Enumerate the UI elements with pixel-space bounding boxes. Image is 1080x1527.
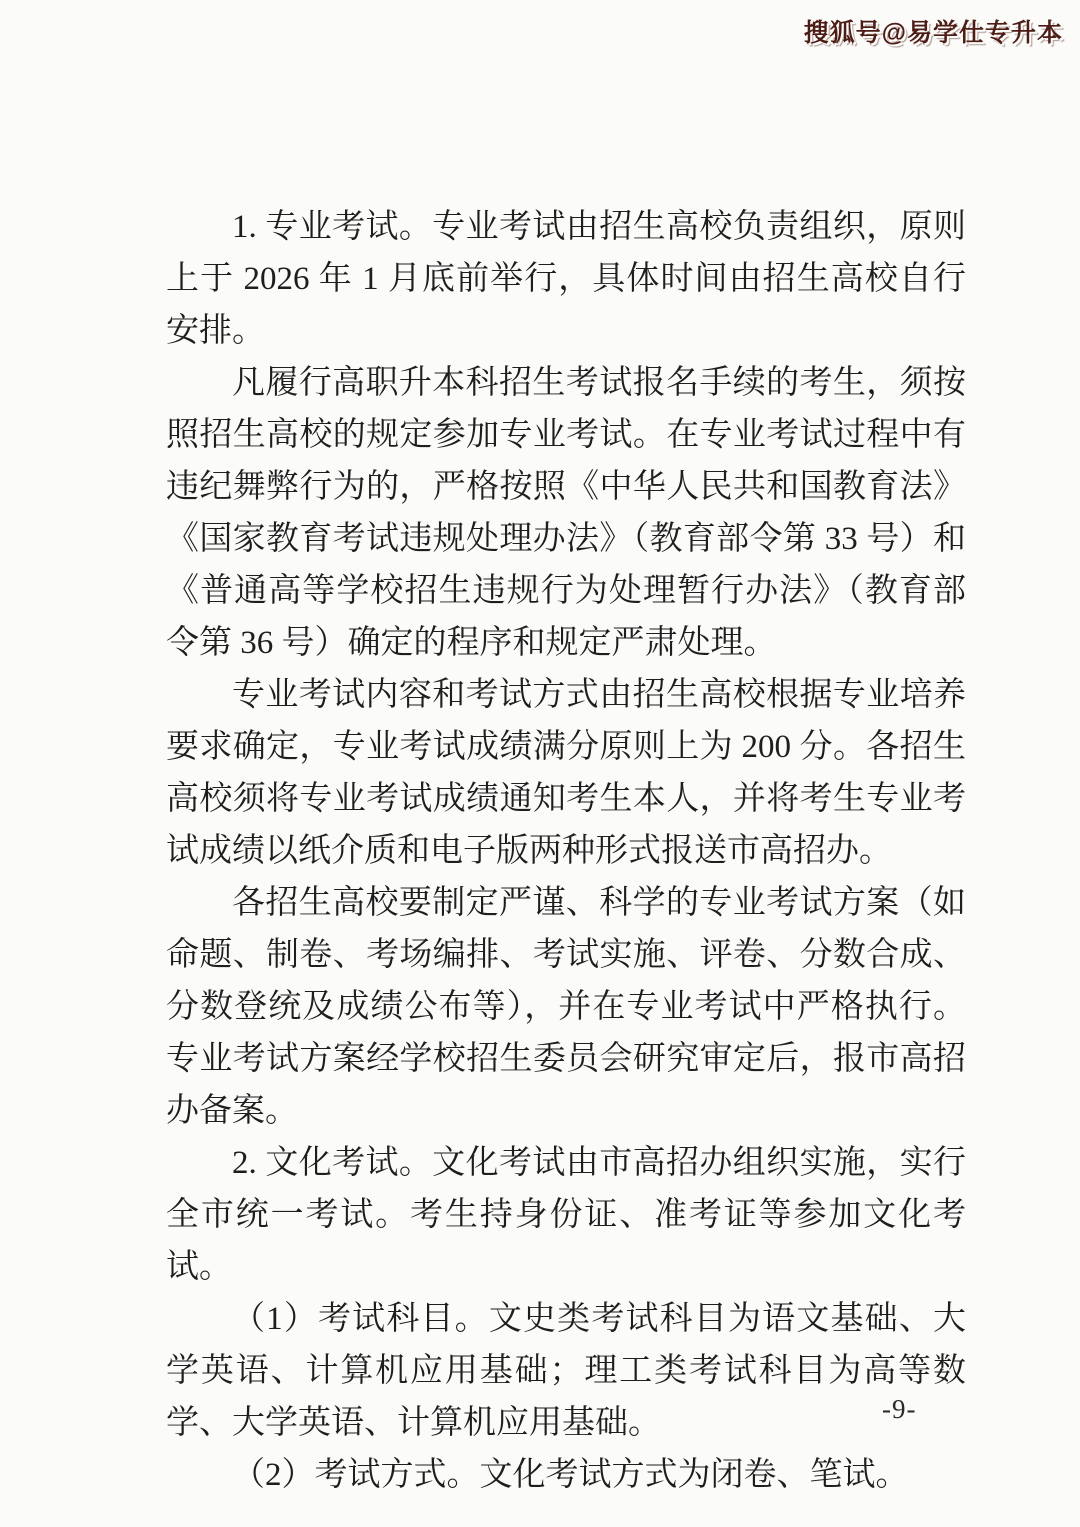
- paragraph-exam-discipline-rules: 凡履行高职升本科招生考试报名手续的考生，须按照招生高校的规定参加专业考试。在专业…: [166, 357, 966, 669]
- paragraph-exam-format: （2）考试方式。文化考试方式为闭卷、笔试。: [166, 1449, 966, 1501]
- document-page: 搜狐号@易学仕专升本 1. 专业考试。专业考试由招生高校负责组织，原则上于 20…: [0, 0, 1080, 1527]
- paragraph-culture-exam-intro: 2. 文化考试。文化考试由市高招办组织实施，实行全市统一考试。考生持身份证、准考…: [166, 1137, 966, 1293]
- paragraph-exam-subjects: （1）考试科目。文史类考试科目为语文基础、大学英语、计算机应用基础；理工类考试科…: [166, 1293, 966, 1449]
- page-number: -9-: [882, 1394, 916, 1425]
- watermark: 搜狐号@易学仕专升本: [804, 13, 1063, 49]
- document-body: 1. 专业考试。专业考试由招生高校负责组织，原则上于 2026 年 1 月底前举…: [166, 201, 966, 1501]
- paragraph-exam-content-and-score: 专业考试内容和考试方式由招生高校根据专业培养要求确定，专业考试成绩满分原则上为 …: [166, 669, 966, 877]
- paragraph-exam-plan-requirements: 各招生高校要制定严谨、科学的专业考试方案（如命题、制卷、考场编排、考试实施、评卷…: [166, 877, 966, 1137]
- paragraph-professional-exam-intro: 1. 专业考试。专业考试由招生高校负责组织，原则上于 2026 年 1 月底前举…: [166, 201, 966, 357]
